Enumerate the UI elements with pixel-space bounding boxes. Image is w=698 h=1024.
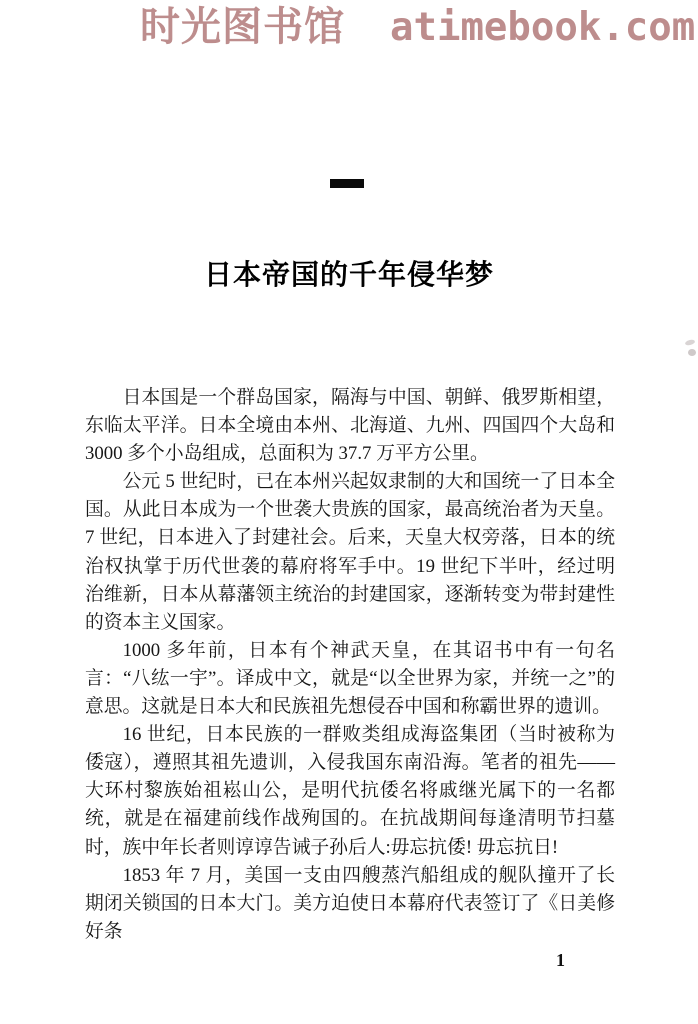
paragraph: 1853 年 7 月，美国一支由四艘蒸汽船组成的舰队撞开了长期闭关锁国的日本大门… [85,862,615,946]
watermark-site-name: 时光图书馆 [140,5,345,49]
paragraph: 公元 5 世纪时，已在本州兴起奴隶制的大和国统一了日本全国。从此日本成为一个世袭… [85,468,615,637]
book-page: 时光图书馆 atimebook.com 日本帝国的千年侵华梦 日本国是一个群岛国… [0,0,698,1024]
scan-artifact [685,339,696,346]
watermark: 时光图书馆 atimebook.com [140,5,695,50]
paragraph: 16 世纪，日本民族的一群败类组成海盗集团（当时被称为倭寇），遵照其祖先遗训，入… [85,721,615,861]
chapter-number-bar [330,179,364,188]
page-number: 1 [556,950,565,971]
scan-artifact [688,349,696,356]
body-text: 日本国是一个群岛国家，隔海与中国、朝鲜、俄罗斯相望，东临太平洋。日本全境由本州、… [85,384,615,946]
paragraph: 1000 多年前，日本有个神武天皇，在其诏书中有一句名言：“八纮一宇”。译成中文… [85,637,615,721]
watermark-site-url: atimebook.com [390,7,695,50]
paragraph: 日本国是一个群岛国家，隔海与中国、朝鲜、俄罗斯相望，东临太平洋。日本全境由本州、… [85,384,615,468]
chapter-title: 日本帝国的千年侵华梦 [0,258,698,294]
